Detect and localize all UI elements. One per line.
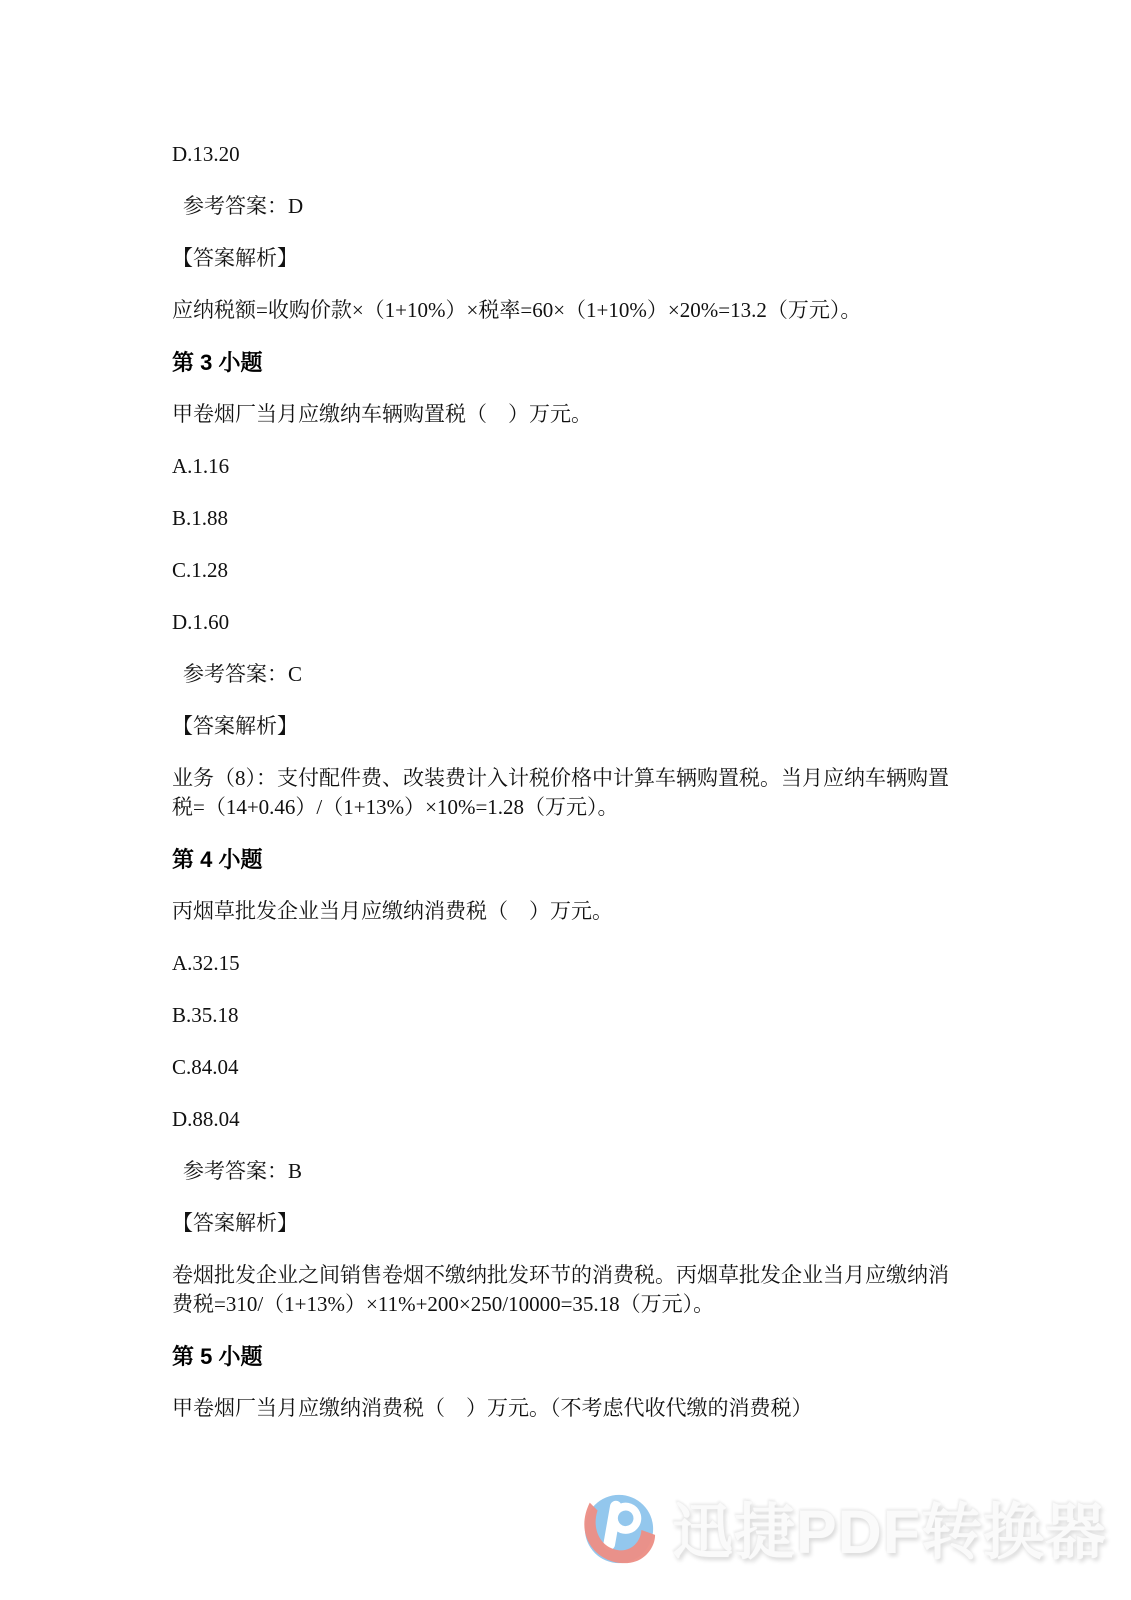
document-page: D.13.20 参考答案：D 【答案解析】 应纳税额=收购价款×（1+10%）×…	[0, 0, 1131, 1600]
question4-option-c: C.84.04	[172, 1053, 965, 1082]
question2-analysis-text: 应纳税额=收购价款×（1+10%）×税率=60×（1+10%）×20%=13.2…	[172, 296, 965, 325]
question3-heading: 第 3 小题	[172, 348, 965, 377]
question4-reference-answer: 参考答案：B	[172, 1157, 965, 1186]
question4-heading: 第 4 小题	[172, 845, 965, 874]
question4-option-b: B.35.18	[172, 1001, 965, 1030]
question3-reference-answer: 参考答案：C	[172, 660, 965, 689]
question3-analysis-text: 业务（8）：支付配件费、改装费计入计税价格中计算车辆购置税。当月应纳车辆购置税=…	[172, 764, 965, 822]
question4-option-a: A.32.15	[172, 949, 965, 978]
question3-stem: 甲卷烟厂当月应缴纳车辆购置税（ ）万元。	[172, 400, 965, 429]
question3-option-d: D.1.60	[172, 608, 965, 637]
pdf-converter-logo-icon	[580, 1489, 658, 1567]
pdf-converter-watermark: 迅捷PDF转换器	[580, 1484, 1107, 1571]
question3-option-a: A.1.16	[172, 452, 965, 481]
question2-analysis-title: 【答案解析】	[172, 244, 965, 273]
watermark-text: 迅捷PDF转换器	[672, 1484, 1107, 1571]
question4-stem: 丙烟草批发企业当月应缴纳消费税（ ）万元。	[172, 897, 965, 926]
question3-analysis-title: 【答案解析】	[172, 712, 965, 741]
question2-reference-answer: 参考答案：D	[172, 192, 965, 221]
question3-option-b: B.1.88	[172, 504, 965, 533]
question5-heading: 第 5 小题	[172, 1342, 965, 1371]
question5-stem: 甲卷烟厂当月应缴纳消费税（ ）万元。（不考虑代收代缴的消费税）	[172, 1394, 965, 1423]
document-content: D.13.20 参考答案：D 【答案解析】 应纳税额=收购价款×（1+10%）×…	[0, 0, 1131, 1423]
question3-option-c: C.1.28	[172, 556, 965, 585]
question4-analysis-title: 【答案解析】	[172, 1209, 965, 1238]
question4-option-d: D.88.04	[172, 1105, 965, 1134]
question4-analysis-text: 卷烟批发企业之间销售卷烟不缴纳批发环节的消费税。丙烟草批发企业当月应缴纳消费税=…	[172, 1261, 965, 1319]
question2-option-d: D.13.20	[172, 140, 965, 169]
